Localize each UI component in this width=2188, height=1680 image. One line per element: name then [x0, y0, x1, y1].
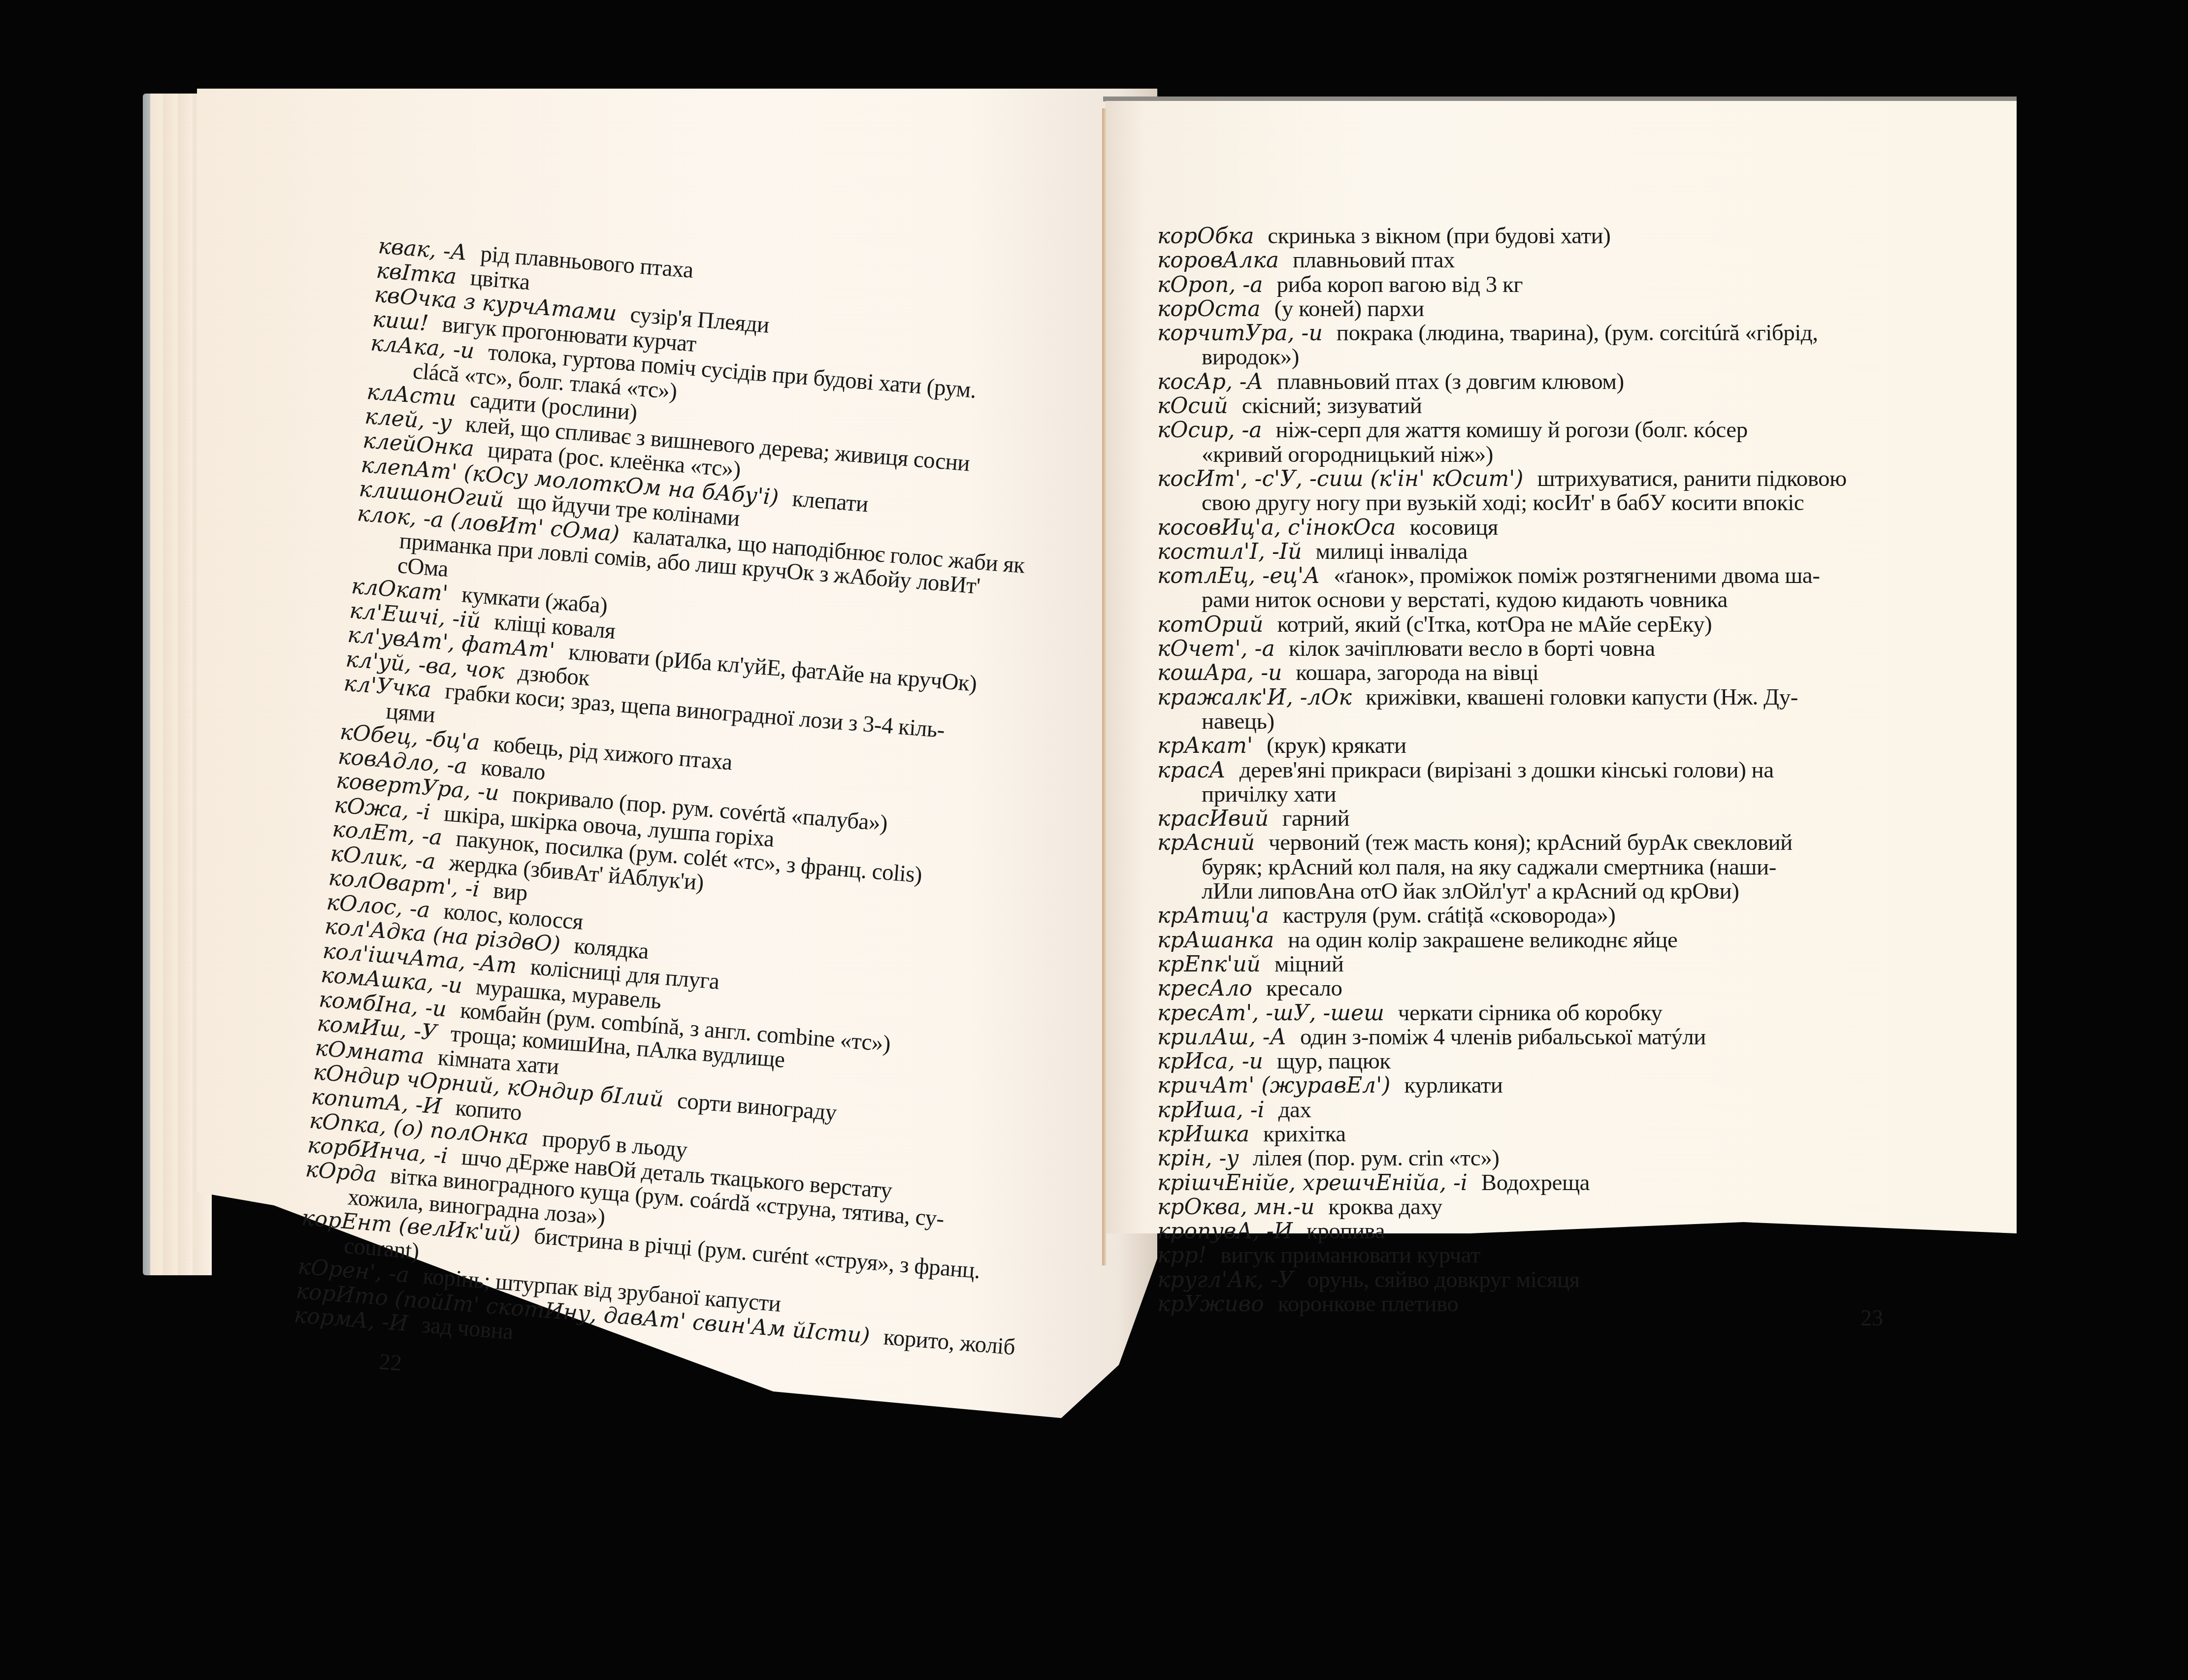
entry-definition: крижівки, квашені головки капусти (Нж. Д… [1366, 684, 1798, 710]
dictionary-entry: крИша, -і дах [1157, 1098, 1847, 1122]
entry-headword: кошАра, -и [1157, 660, 1282, 685]
dictionary-entry: красА дерев'яні прикраси (вирізані з дош… [1157, 758, 1847, 782]
dictionary-entry: кошАра, -и кошара, загорода на вівці [1157, 661, 1847, 685]
dictionary-entry: коровАлка плавньовий птах [1157, 248, 1847, 272]
entry-headword: корОста [1157, 296, 1261, 322]
entry-headword: крАсний [1157, 830, 1255, 855]
entry-definition: черкати сірника об коробку [1398, 1000, 1662, 1026]
entry-continuation: виродок») [1157, 345, 1847, 369]
dictionary-entry: крАсний червоний (теж масть коня); крАсн… [1157, 831, 1847, 855]
dictionary-entry: крЕпк'ий міцний [1157, 952, 1847, 976]
entry-definition: на один колір закрашене великоднє яйце [1288, 927, 1677, 953]
entry-definition: каструля (рум. crátiță «сковорода») [1283, 903, 1616, 928]
entry-headword: кОсий [1157, 393, 1228, 419]
page-top-edge [1103, 97, 2017, 101]
dictionary-entry: крін, -у лілея (пор. рум. crin «тс») [1157, 1146, 1847, 1170]
entry-continuation: лИли липовАна отО йак злОйл'ут' а крАсни… [1157, 879, 1847, 904]
entry-headword: корОбка [1157, 224, 1254, 249]
dictionary-entry: косИт', -с'У, -сиш (к'ін' кОсит') штриху… [1157, 467, 1847, 491]
entry-headword: кропувА, -И [1157, 1219, 1293, 1244]
entry-definition: штрихуватися, ранити підковою [1537, 466, 1846, 491]
entry-headword: коровАлка [1157, 248, 1279, 273]
dictionary-entry: красИвий гарний [1157, 807, 1847, 831]
dictionary-entry: крИшка крихітка [1157, 1122, 1847, 1146]
entry-headword: крилАш, -А [1157, 1025, 1286, 1050]
entry-headword: крИшка [1157, 1122, 1249, 1147]
entry-headword: крАтиц'а [1157, 903, 1269, 928]
entry-definition: Водохреща [1481, 1170, 1590, 1195]
entry-definition: котрий, який (с'Ітка, котОра не мАйе сер… [1277, 612, 1712, 637]
entry-headword: кОроп, -а [1157, 272, 1263, 297]
entry-headword: косАр, -А [1157, 369, 1263, 394]
entry-continuation: буряк; крАсний кол паля, на яку саджали … [1157, 855, 1847, 879]
entry-definition: риба короп вагою від 3 кг [1276, 272, 1523, 297]
entry-headword: красИвий [1157, 806, 1269, 831]
entry-definition: кошара, загорода на вівці [1296, 660, 1538, 685]
entry-definition: кресало [1266, 975, 1342, 1001]
entry-headword: крИса, -и [1157, 1049, 1263, 1074]
entry-definition: ніж-серп для жаття комишу й рогози (болг… [1276, 417, 1748, 443]
entry-definition: (у коней) пархи [1274, 296, 1424, 322]
left-page-entries: квак, -А рід плавньового птахаквІтка цві… [293, 234, 1098, 1384]
entry-definition: косовиця [1409, 515, 1498, 540]
dictionary-entry: котОрий котрий, який (с'Ітка, котОра не … [1157, 613, 1847, 637]
entry-headword: кругл'Ак, -У [1157, 1267, 1294, 1292]
dictionary-entry: кражалк'И, -лОк крижівки, квашені головк… [1157, 685, 1847, 710]
dictionary-entry: кричАт' (журавЕл') курликати [1157, 1073, 1847, 1098]
dictionary-entry: крАкат' (крук) крякати [1157, 734, 1847, 758]
entry-definition: дах [1278, 1097, 1311, 1123]
entry-definition: міцний [1274, 951, 1343, 977]
entry-headword: костил'І, -Ій [1157, 539, 1302, 564]
dictionary-entry: кОсир, -а ніж-серп для жаття комишу й ро… [1157, 418, 1847, 442]
dictionary-entry: корОста (у коней) пархи [1157, 297, 1847, 321]
dictionary-entry: кресАло кресало [1157, 976, 1847, 1001]
entry-headword: котОрий [1157, 612, 1263, 637]
entry-definition: щур, пацюк [1277, 1048, 1391, 1074]
entry-headword: крішчЕнійе, хрешчЕнійа, -і [1157, 1170, 1468, 1195]
entry-definition: «ґанок», проміжок поміж розтягненими дво… [1334, 563, 1820, 588]
entry-definition: плавньовий птах (з довгим клювом) [1277, 369, 1624, 394]
entry-continuation: свою другу ногу при вузькій ході; косИт'… [1157, 491, 1847, 515]
entry-definition: крихітка [1263, 1121, 1346, 1147]
open-book: квак, -А рід плавньового птахаквІтка цві… [0, 0, 2188, 1680]
entry-headword: косовИц'а, с'інокОса [1157, 515, 1396, 540]
entry-continuation: навець) [1157, 710, 1847, 734]
page-number-right: 23 [1861, 1305, 1883, 1331]
dictionary-entry: крИса, -и щур, пацюк [1157, 1049, 1847, 1073]
entry-definition: милиці інваліда [1316, 539, 1468, 564]
dictionary-entry: корчитУра, -и покрака (людина, тварина),… [1157, 321, 1847, 345]
entry-headword: кресАло [1157, 976, 1252, 1001]
entry-headword: кОсир, -а [1157, 418, 1262, 443]
dictionary-entry: крр! вигук приманювати курчат [1157, 1243, 1847, 1267]
entry-headword: крАшанка [1157, 928, 1274, 953]
entry-definition: лілея (пор. рум. crin «тс») [1253, 1145, 1499, 1171]
entry-definition: дерев'яні прикраси (вирізані з дошки кін… [1240, 757, 1774, 783]
entry-continuation: «кривий огородницький ніж») [1157, 443, 1847, 467]
entry-definition: орунь, сяйво довкруг місяця [1307, 1267, 1580, 1292]
dictionary-entry: крАтиц'а каструля (рум. crátiță «сковоро… [1157, 904, 1847, 928]
dictionary-entry: корОбка скринька з вікном (при будові ха… [1157, 224, 1847, 248]
dictionary-entry: косАр, -А плавньовий птах (з довгим клюв… [1157, 370, 1847, 394]
entry-definition: кроква даху [1328, 1194, 1442, 1220]
entry-definition: кілок зачіплювати весло в борті човна [1289, 636, 1655, 661]
entry-headword: кричАт' (журавЕл') [1157, 1073, 1390, 1098]
dictionary-entry: крАшанка на один колір закрашене великод… [1157, 928, 1847, 952]
right-page-entries: корОбка скринька з вікном (при будові ха… [1157, 224, 1847, 1316]
entry-definition: коронкове плетиво [1278, 1291, 1459, 1317]
book-gutter [1102, 108, 1106, 1265]
page-number-left: 22 [378, 1348, 403, 1376]
entry-continuation: причілку хати [1157, 782, 1847, 807]
entry-definition: (крук) крякати [1267, 733, 1406, 758]
entry-headword: косИт', -с'У, -сиш (к'ін' кОсит') [1157, 466, 1523, 491]
dictionary-entry: косовИц'а, с'інокОса косовиця [1157, 516, 1847, 540]
dictionary-entry: кОроп, -а риба короп вагою від 3 кг [1157, 273, 1847, 297]
dictionary-entry: крУживо коронкове плетиво [1157, 1292, 1847, 1316]
entry-headword: красА [1157, 758, 1226, 783]
entry-headword: крОква, мн.-и [1157, 1195, 1314, 1220]
dictionary-entry: кОчет', -а кілок зачіплювати весло в бор… [1157, 637, 1847, 661]
entry-headword: кресАт', -шУ, -шеш [1157, 1001, 1384, 1026]
dictionary-entry: кругл'Ак, -У орунь, сяйво довкруг місяця [1157, 1268, 1847, 1292]
entry-definition: гарний [1282, 806, 1349, 831]
entry-headword: крр! [1157, 1243, 1207, 1268]
entry-definition: вир [492, 877, 528, 905]
entry-headword: крін, -у [1157, 1146, 1239, 1171]
dictionary-entry: крилАш, -А один з-поміж 4 членів рибальс… [1157, 1025, 1847, 1049]
entry-definition: кропива [1306, 1218, 1385, 1244]
entry-definition: курликати [1404, 1072, 1502, 1098]
entry-headword: крИша, -і [1157, 1098, 1265, 1123]
entry-headword: крУживо [1157, 1292, 1264, 1317]
entry-headword: кОчет', -а [1157, 636, 1275, 661]
dictionary-entry: котлЕц, -ец'А «ґанок», проміжок поміж ро… [1157, 564, 1847, 588]
dictionary-entry: кропувА, -И кропива [1157, 1219, 1847, 1243]
entry-definition: покрака (людина, тварина), (рум. corcitú… [1337, 320, 1818, 346]
entry-definition: скринька з вікном (при будові хати) [1268, 223, 1610, 249]
dictionary-entry: крішчЕнійе, хрешчЕнійа, -і Водохреща [1157, 1171, 1847, 1195]
dictionary-entry: костил'І, -Ій милиці інваліда [1157, 540, 1847, 564]
dictionary-entry: кОсий скісний; зизуватий [1157, 394, 1847, 418]
dictionary-entry: крОква, мн.-и кроква даху [1157, 1195, 1847, 1219]
entry-headword: крЕпк'ий [1157, 952, 1261, 977]
dictionary-entry: кресАт', -шУ, -шеш черкати сірника об ко… [1157, 1001, 1847, 1025]
entry-headword: крАкат' [1157, 733, 1253, 758]
entry-headword: кражалк'И, -лОк [1157, 685, 1352, 710]
entry-headword: корчитУра, -и [1157, 321, 1323, 346]
entry-continuation: рами ниток основи у верстаті, кудою кида… [1157, 588, 1847, 612]
entry-definition: один з-поміж 4 членів рибальської матýли [1300, 1024, 1706, 1050]
entry-definition: скісний; зизуватий [1242, 393, 1422, 419]
entry-headword: котлЕц, -ец'А [1157, 563, 1320, 588]
entry-definition: вигук приманювати курчат [1220, 1242, 1480, 1268]
entry-definition: червоний (теж масть коня); крАсний бурАк… [1269, 830, 1793, 855]
entry-definition: плавньовий птах [1293, 247, 1455, 273]
